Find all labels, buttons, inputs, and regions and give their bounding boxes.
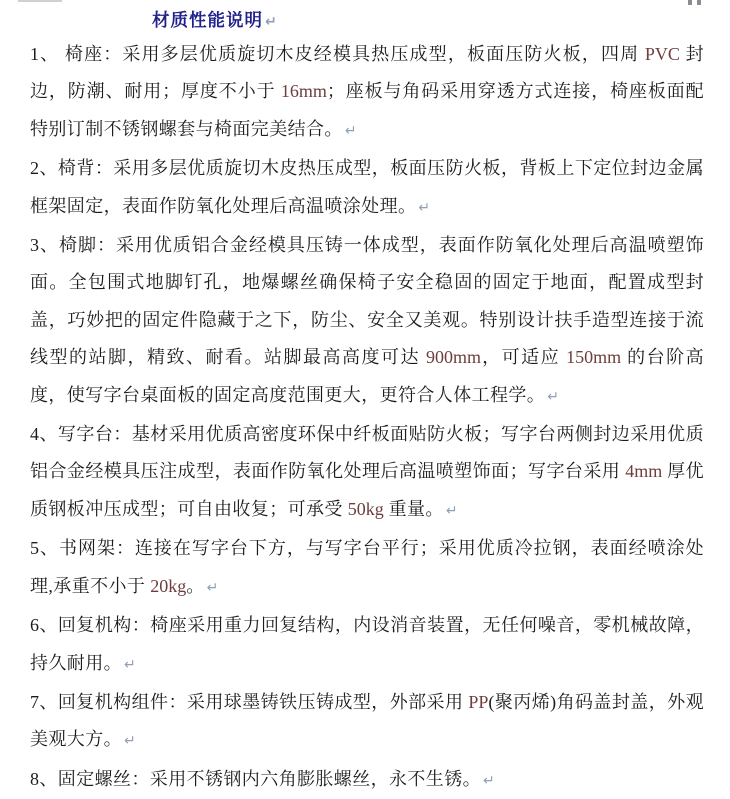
latin-text: 50kg — [348, 499, 384, 519]
latin-text: 16mm — [281, 81, 327, 101]
latin-text: 900mm — [426, 347, 481, 367]
cn-text: 1、 椅座：采用多层优质旋切木皮经模具热压成型，板面压防火板，四周 — [30, 44, 645, 64]
paragraph-mark: ↵ — [481, 773, 495, 789]
cn-text: 4、写字台：基材采用优质高密度环保中纤板面贴防火板；写字台两侧封边采用优质铝合金… — [30, 424, 704, 481]
page-edge-artifact-right-2 — [697, 0, 701, 5]
document-page: 材质性能说明↵ 1、 椅座：采用多层优质旋切木皮经模具热压成型，板面压防火板，四… — [0, 0, 730, 799]
paragraph-3: 3、椅脚：采用优质铝合金经模具压铸一体成型，表面作防氧化处理后高温喷塑饰面。全包… — [30, 227, 704, 416]
paragraph-1: 1、 椅座：采用多层优质旋切木皮经模具热压成型，板面压防火板，四周 PVC 封边… — [30, 36, 704, 150]
page-edge-artifact-right-1 — [688, 0, 692, 5]
paragraph-mark: ↵ — [263, 14, 277, 30]
latin-text: 4mm — [625, 461, 662, 481]
paragraph-7: 7、回复机构组件：采用球墨铸铁压铸成型，外部采用 PP(聚丙烯)角码盖封盖，外观… — [30, 684, 704, 761]
paragraph-4: 4、写字台：基材采用优质高密度环保中纤板面贴防火板；写字台两侧封边采用优质铝合金… — [30, 416, 704, 530]
paragraph-mark: ↵ — [416, 200, 430, 216]
paragraph-mark: ↵ — [444, 503, 458, 519]
paragraph-mark: ↵ — [343, 123, 357, 139]
paragraph-5: 5、书网架：连接在写字台下方，与写字台平行；采用优质冷拉钢，表面经喷涂处理,承重… — [30, 530, 704, 607]
paragraph-2: 2、椅背：采用多层优质旋切木皮热压成型，板面压防火板，背板上下定位封边金属框架固… — [30, 150, 704, 227]
paragraph-8: 8、固定螺丝：采用不锈钢内六角膨胀螺丝，永不生锈。↵ — [30, 761, 704, 799]
doc-title: 材质性能说明↵ — [152, 5, 704, 36]
paragraph-6: 6、回复机构：椅座采用重力回复结构，内设消音装置，无任何噪音，零机械故障，持久耐… — [30, 607, 704, 684]
cn-text: 5、书网架：连接在写字台下方，与写字台平行；采用优质冷拉钢，表面经喷涂处理,承重… — [30, 538, 704, 595]
paragraph-mark: ↵ — [545, 389, 559, 405]
latin-text: PP — [468, 692, 488, 712]
doc-title-text: 材质性能说明 — [152, 10, 263, 30]
cn-text: 。 — [186, 576, 204, 596]
cn-text: 8、固定螺丝：采用不锈钢内六角膨胀螺丝，永不生锈。 — [30, 769, 481, 789]
cn-text: 2、椅背：采用多层优质旋切木皮热压成型，板面压防火板，背板上下定位封边金属框架固… — [30, 158, 704, 215]
page-edge-artifact-left — [18, 0, 62, 2]
cn-text: 7、回复机构组件：采用球墨铸铁压铸成型，外部采用 — [30, 692, 468, 712]
cn-text: ，可适应 — [481, 347, 566, 367]
paragraph-mark: ↵ — [122, 733, 136, 749]
latin-text: 20kg — [150, 576, 186, 596]
doc-body: 1、 椅座：采用多层优质旋切木皮经模具热压成型，板面压防火板，四周 PVC 封边… — [30, 36, 704, 799]
paragraph-mark: ↵ — [205, 580, 219, 596]
latin-text: 150mm — [566, 347, 621, 367]
cn-text: 重量。 — [384, 499, 444, 519]
latin-text: PVC — [645, 44, 680, 64]
paragraph-mark: ↵ — [122, 657, 136, 673]
